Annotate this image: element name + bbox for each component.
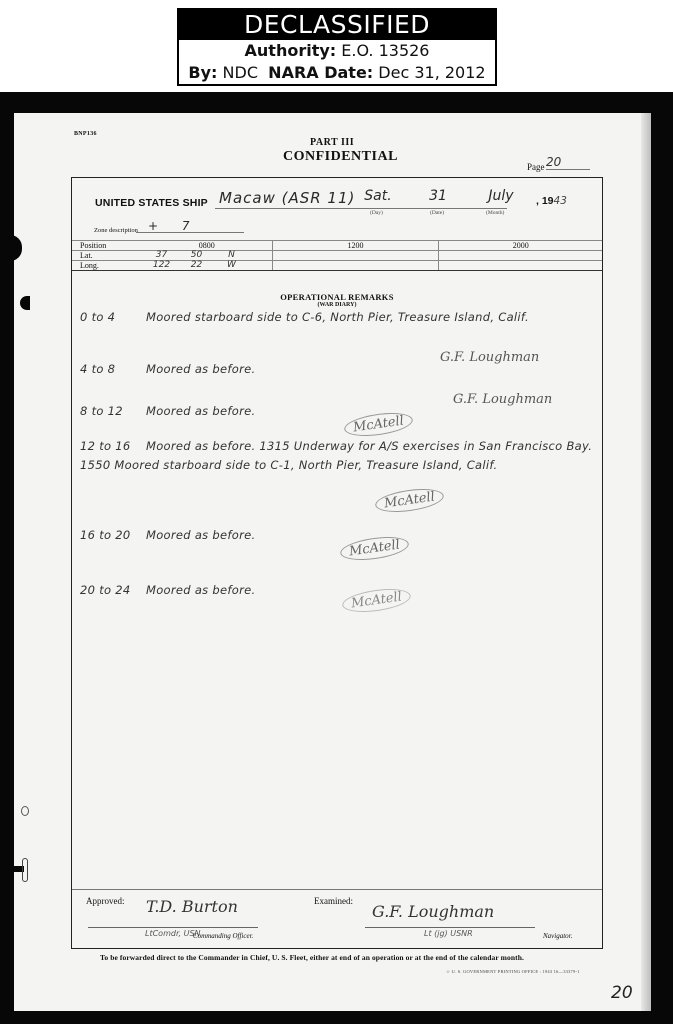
corner-page-number: 20: [611, 983, 633, 1003]
position-label: Position: [72, 241, 142, 251]
lat-row: Lat. 3750N: [72, 251, 602, 261]
nara-label: NARA Date:: [268, 63, 373, 82]
long-deg: 122: [144, 261, 179, 270]
ship-label: UNITED STATES SHIP: [95, 197, 208, 209]
remark-text: Moored as before.: [146, 404, 255, 418]
year-prefix: , 19: [536, 195, 554, 207]
authority-label: Authority:: [245, 41, 337, 60]
co-signature-line: [88, 927, 258, 928]
remark-entry: 0 to 4 Moored starboard side to C-6, Nor…: [80, 308, 600, 327]
col-2000: 2000: [439, 241, 602, 251]
binder-clip-mark: [0, 866, 24, 872]
commanding-officer-signature: T.D. Burton: [146, 897, 238, 916]
watch-officer-signature: G.F. Loughman: [440, 350, 539, 365]
authority-value: E.O. 13526: [341, 41, 429, 60]
approval-divider: [72, 889, 602, 890]
stamp-title: DECLASSIFIED: [179, 10, 495, 40]
by-value: NDC: [223, 63, 258, 82]
navigator-role-label: Navigator.: [543, 932, 572, 940]
page-number: 20: [546, 155, 590, 170]
long-dir: W: [214, 261, 249, 270]
long-label: Long.: [72, 261, 142, 271]
by-label: By:: [188, 63, 217, 82]
declassified-stamp: DECLASSIFIED Authority: E.O. 13526 By: N…: [177, 8, 497, 86]
day-caption: (Day): [370, 210, 383, 216]
form-code: BNP136: [74, 131, 97, 137]
forwarding-instruction: To be forwarded direct to the Commander …: [100, 953, 524, 962]
lat-deg: 37: [144, 251, 179, 260]
position-header-row: Position 0800 1200 2000: [72, 241, 602, 251]
navigator-rank: Lt (jg) USNR: [424, 929, 473, 938]
long-min: 22: [179, 261, 214, 270]
classification-heading: CONFIDENTIAL: [283, 149, 398, 165]
navigator-signature-line: [365, 927, 535, 928]
punch-hole-icon: [21, 806, 29, 816]
remark-text: Moored as before. 1315 Underway for A/S …: [80, 439, 592, 472]
long-row: Long. 12222W: [72, 261, 602, 271]
position-table: Position 0800 1200 2000 Lat. 3750N Long.…: [72, 240, 602, 271]
long-2000: [439, 261, 602, 271]
date-field: 31: [413, 188, 463, 204]
printer-imprint: ☆ U. S. GOVERNMENT PRINTING OFFICE : 194…: [446, 969, 580, 975]
lat-dir: N: [214, 251, 249, 260]
lat-0800: 3750N: [142, 251, 272, 261]
lat-min: 50: [179, 251, 214, 260]
zone-field: + 7: [136, 219, 244, 233]
watch-period: 12 to 16: [80, 437, 142, 456]
lat-2000: [439, 251, 602, 261]
remark-text: Moored as before.: [146, 362, 255, 376]
month-caption: (Month): [486, 210, 504, 216]
remarks-title: OPERATIONAL REMARKS: [72, 292, 602, 302]
remark-text: Moored as before.: [146, 528, 255, 542]
date-caption: (Date): [430, 210, 444, 216]
examined-label: Examined:: [314, 896, 353, 906]
long-0800: 12222W: [142, 261, 272, 271]
punch-hole-icon: [20, 296, 30, 310]
remark-entry: 12 to 16 Moored as before. 1315 Underway…: [80, 437, 600, 475]
remark-entry: 16 to 20 Moored as before.: [80, 526, 600, 545]
lat-label: Lat.: [72, 251, 142, 261]
remark-entry: 20 to 24 Moored as before.: [80, 581, 600, 600]
navigator-signature: G.F. Loughman: [372, 902, 494, 921]
watch-period: 4 to 8: [80, 360, 142, 379]
watch-period: 20 to 24: [80, 581, 142, 600]
year-suffix: 43: [554, 195, 567, 207]
lat-1200: [272, 251, 439, 261]
watch-officer-signature: G.F. Loughman: [453, 392, 552, 407]
part-heading: PART III: [310, 137, 354, 148]
stamp-authority: Authority: E.O. 13526: [179, 40, 495, 62]
page-label: Page: [527, 162, 545, 172]
stamp-by: By: NDC NARA Date: Dec 31, 2012: [179, 62, 495, 84]
paper-edge-shadow: [641, 113, 651, 1011]
day-field: Sat.: [352, 188, 404, 204]
co-role-label: Commanding Officer.: [193, 932, 253, 940]
punch-hole-icon: [22, 858, 28, 882]
nara-value: Dec 31, 2012: [378, 63, 485, 82]
long-1200: [272, 261, 439, 271]
year-field: , 1943: [536, 195, 567, 207]
remark-text: Moored as before.: [146, 583, 255, 597]
zone-label: Zone description: [94, 227, 138, 234]
approved-label: Approved:: [86, 896, 125, 906]
watch-period: 8 to 12: [80, 402, 142, 421]
remark-text: Moored starboard side to C-6, North Pier…: [146, 310, 529, 324]
col-0800: 0800: [142, 241, 272, 251]
watch-period: 16 to 20: [80, 526, 142, 545]
watch-period: 0 to 4: [80, 308, 142, 327]
month-field: July: [470, 188, 532, 204]
col-1200: 1200: [272, 241, 439, 251]
